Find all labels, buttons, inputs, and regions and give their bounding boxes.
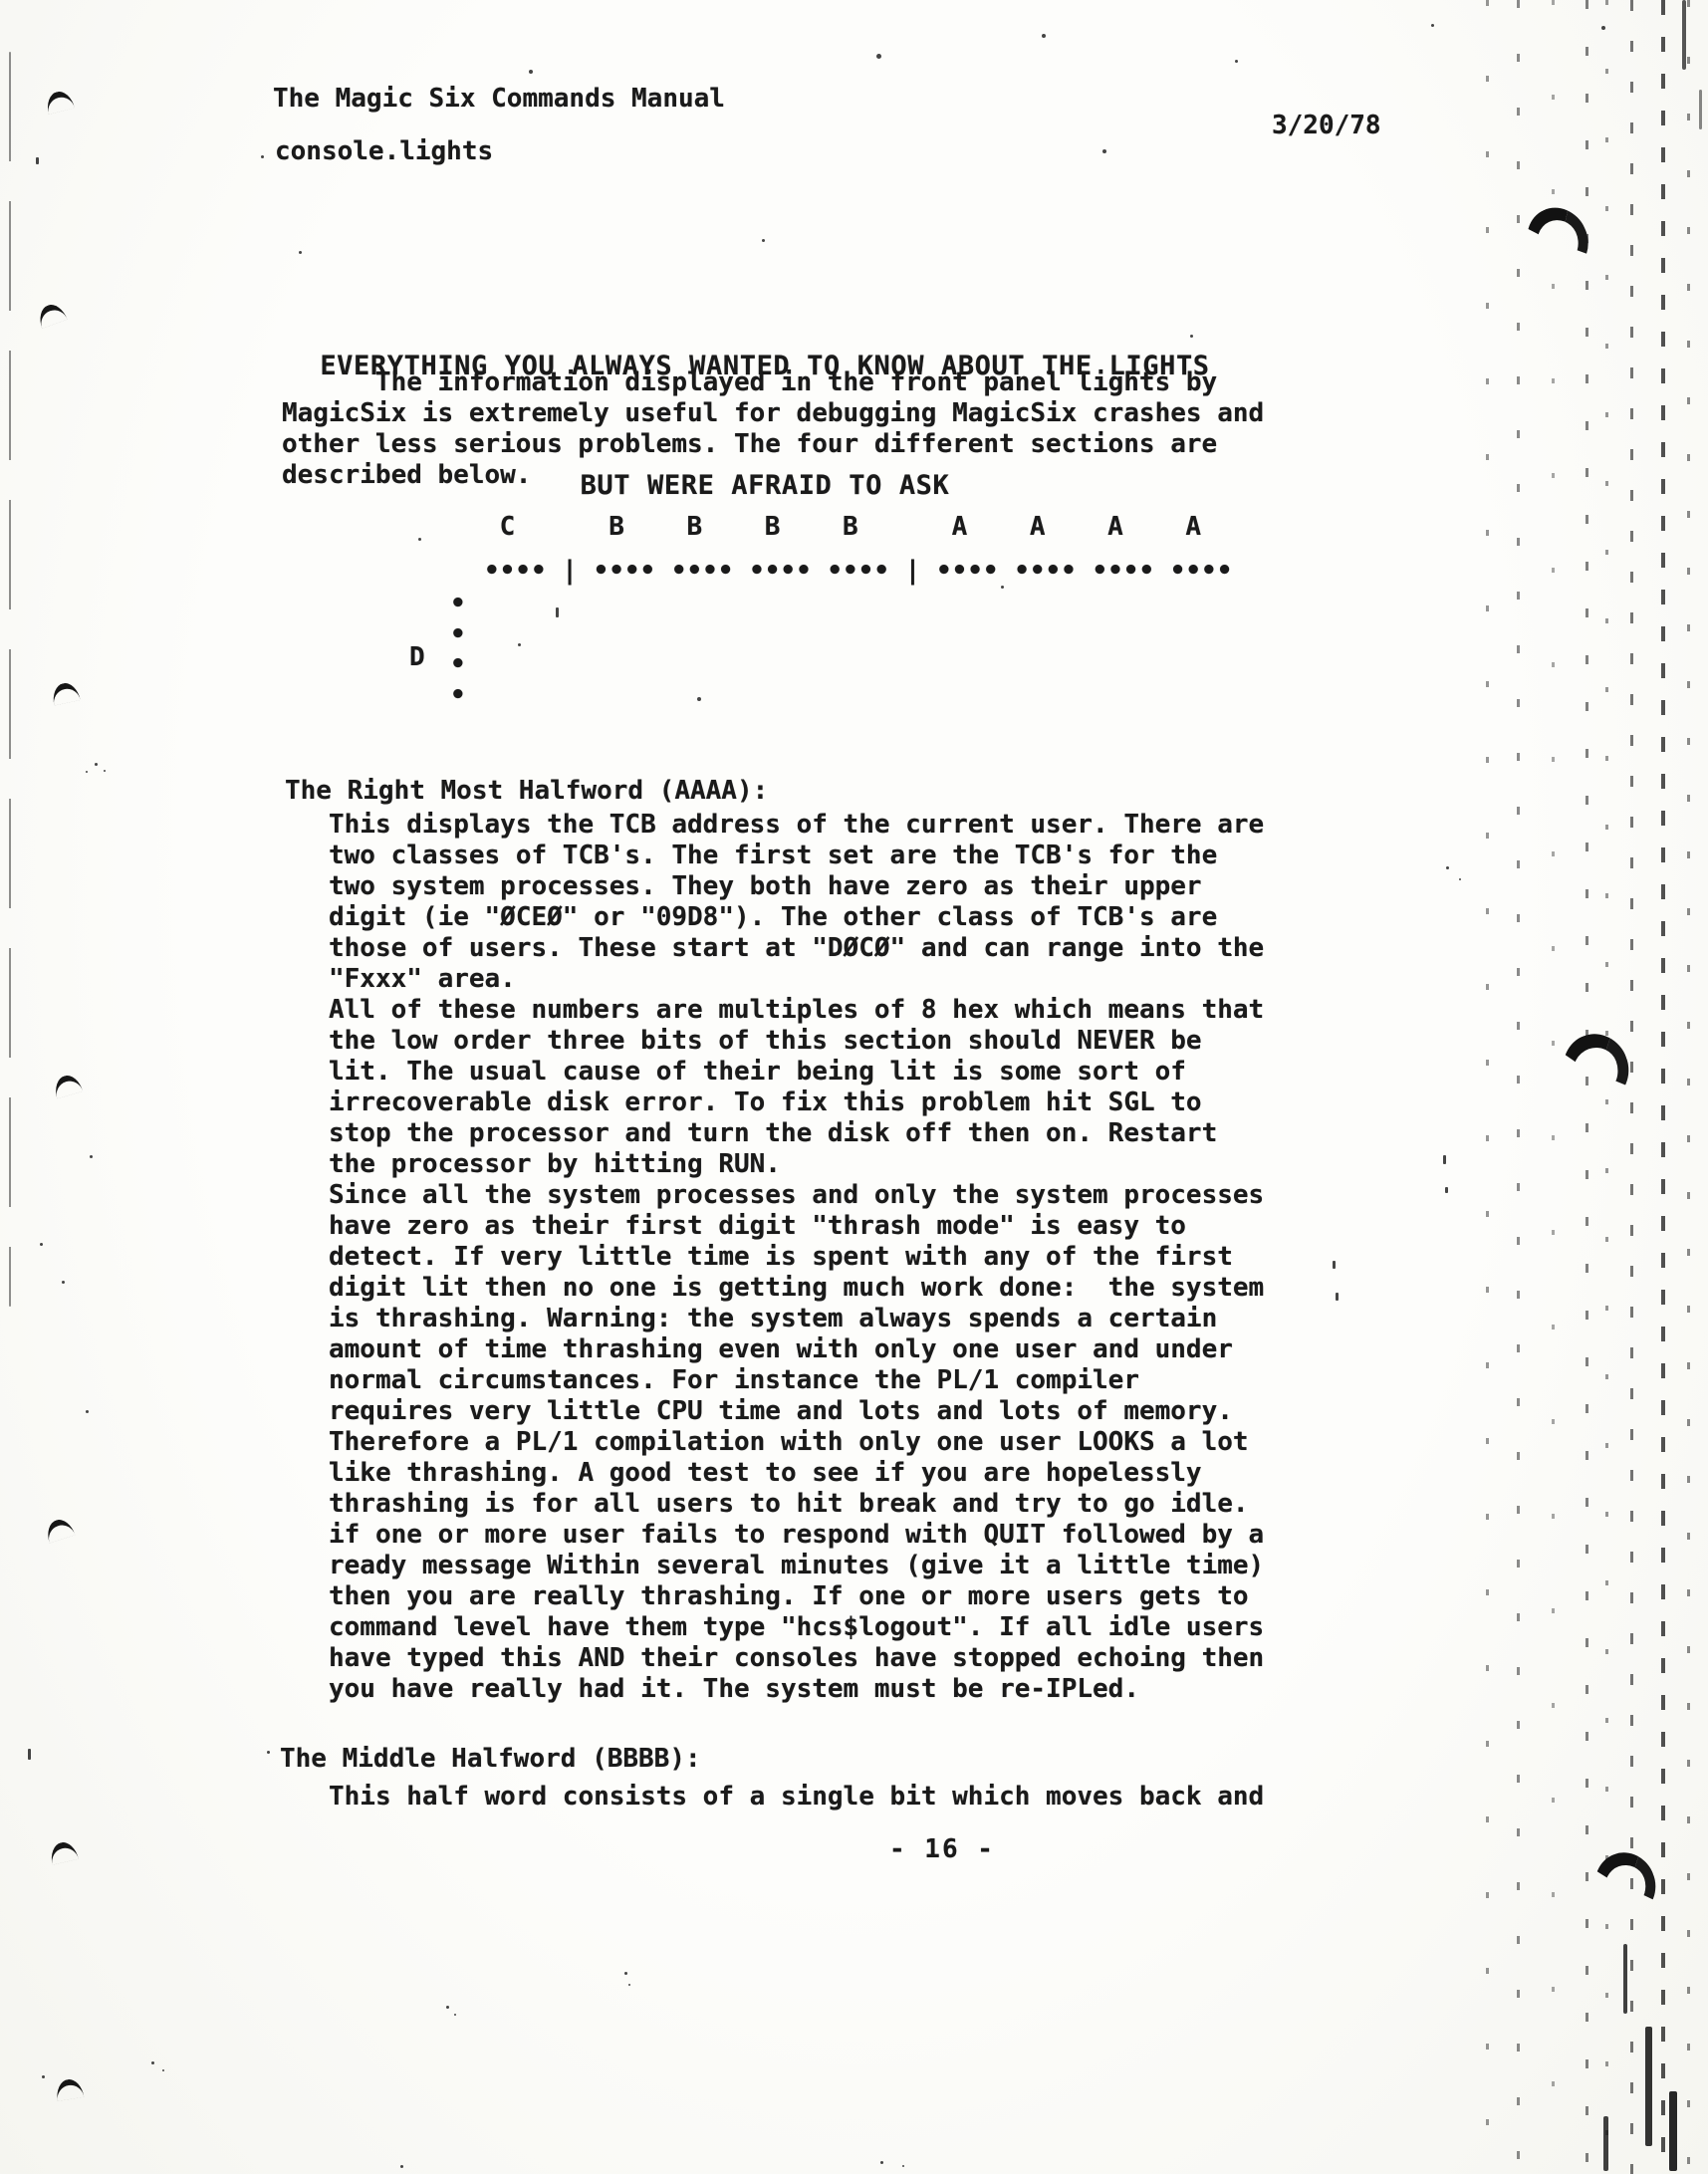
lights-diagram-section-labels: C B B B B A A A A xyxy=(484,512,1201,543)
scan-speck xyxy=(880,2161,883,2164)
scan-toner-bar xyxy=(1699,90,1702,129)
scan-speck xyxy=(1230,954,1232,956)
scan-speck xyxy=(90,1155,93,1158)
scan-streak xyxy=(1552,0,1555,2174)
document-subject: console.lights xyxy=(275,136,493,167)
margin-curl-mark xyxy=(35,301,67,329)
scan-streak xyxy=(1687,0,1690,2174)
scan-speck xyxy=(1431,24,1434,27)
scan-speck xyxy=(454,2014,456,2016)
scan-speck xyxy=(1459,878,1461,880)
scan-speck xyxy=(1143,1410,1145,1412)
scan-tick xyxy=(1336,1293,1339,1301)
punch-hole-shadow xyxy=(1586,1844,1665,1926)
section-bbbb-heading: The Middle Halfword (BBBB): xyxy=(280,1744,701,1775)
scan-speck xyxy=(299,251,302,254)
scan-tick xyxy=(1443,1155,1446,1164)
lights-diagram-d-label: D xyxy=(409,642,425,673)
margin-curl-mark xyxy=(44,89,75,115)
scan-speck xyxy=(446,2006,449,2009)
scan-speck xyxy=(42,2075,45,2078)
scan-toner-bar xyxy=(1623,1944,1627,2014)
scan-speck xyxy=(40,1243,43,1246)
scan-tick xyxy=(36,157,39,164)
scan-speck xyxy=(1001,586,1004,589)
document-date: 3/20/78 xyxy=(1272,111,1381,141)
section-aaaa-body: This displays the TCB address of the cur… xyxy=(329,810,1264,1705)
scan-streak xyxy=(1630,0,1633,2174)
lights-diagram-d-column-dots: • • • • xyxy=(450,589,466,710)
scan-streak xyxy=(1486,0,1489,2174)
margin-curl-mark xyxy=(48,1839,79,1865)
section-aaaa-heading: The Right Most Halfword (AAAA): xyxy=(285,776,768,807)
scan-speck xyxy=(1446,866,1449,869)
scan-speck xyxy=(762,239,765,242)
scan-speck xyxy=(104,770,106,772)
scan-tick xyxy=(1333,1261,1336,1269)
section-bbbb-body: This half word consists of a single bit … xyxy=(329,1782,1264,1812)
scan-streak xyxy=(1661,0,1665,2174)
scan-speck xyxy=(1601,26,1605,30)
scan-toner-bar xyxy=(1682,0,1686,70)
scan-speck xyxy=(162,2069,164,2071)
manual-title: The Magic Six Commands Manual xyxy=(273,84,725,115)
scan-speck xyxy=(151,2061,154,2064)
margin-curl-mark xyxy=(55,2077,85,2101)
lights-diagram-lights-row: •••• | •••• •••• •••• •••• | •••• •••• •… xyxy=(484,556,1232,587)
scan-speck xyxy=(267,1751,270,1754)
scan-toner-bar xyxy=(1669,2091,1677,2171)
scan-speck xyxy=(95,763,98,766)
margin-curl-mark xyxy=(52,1073,83,1099)
scan-speck xyxy=(261,155,264,158)
scan-streak xyxy=(1517,0,1520,2174)
scan-speck xyxy=(697,697,701,701)
scan-speck xyxy=(86,771,88,773)
scan-tick xyxy=(1445,1187,1448,1193)
margin-curl-mark xyxy=(50,680,81,705)
scan-speck xyxy=(62,1281,65,1284)
scan-speck xyxy=(628,1984,630,1986)
margin-curl-mark xyxy=(44,1516,76,1543)
scan-speck xyxy=(529,70,533,74)
left-edge-line xyxy=(9,52,11,1307)
scan-speck xyxy=(902,2165,904,2167)
intro-paragraph: The information displayed in the front p… xyxy=(282,367,1264,491)
scan-speck xyxy=(1235,60,1238,63)
scan-speck xyxy=(86,1410,89,1413)
scan-toner-bar xyxy=(1603,2116,1608,2171)
scan-speck xyxy=(1042,34,1046,38)
scan-speck xyxy=(418,538,421,541)
scan-speck xyxy=(624,1972,627,1975)
scan-speck xyxy=(1190,335,1193,338)
scan-speck xyxy=(1102,149,1106,153)
scan-toner-bar xyxy=(1645,2027,1652,2146)
document-page: The Magic Six Commands Manual 3/20/78 co… xyxy=(0,0,1708,2174)
page-number: - 16 - xyxy=(889,1834,995,1865)
scan-tick xyxy=(556,607,559,617)
scan-speck xyxy=(876,54,881,59)
scan-speck xyxy=(518,643,521,646)
scan-tick xyxy=(28,1749,31,1760)
scan-speck xyxy=(400,2165,403,2168)
punch-hole-shadow xyxy=(1554,1025,1638,1112)
